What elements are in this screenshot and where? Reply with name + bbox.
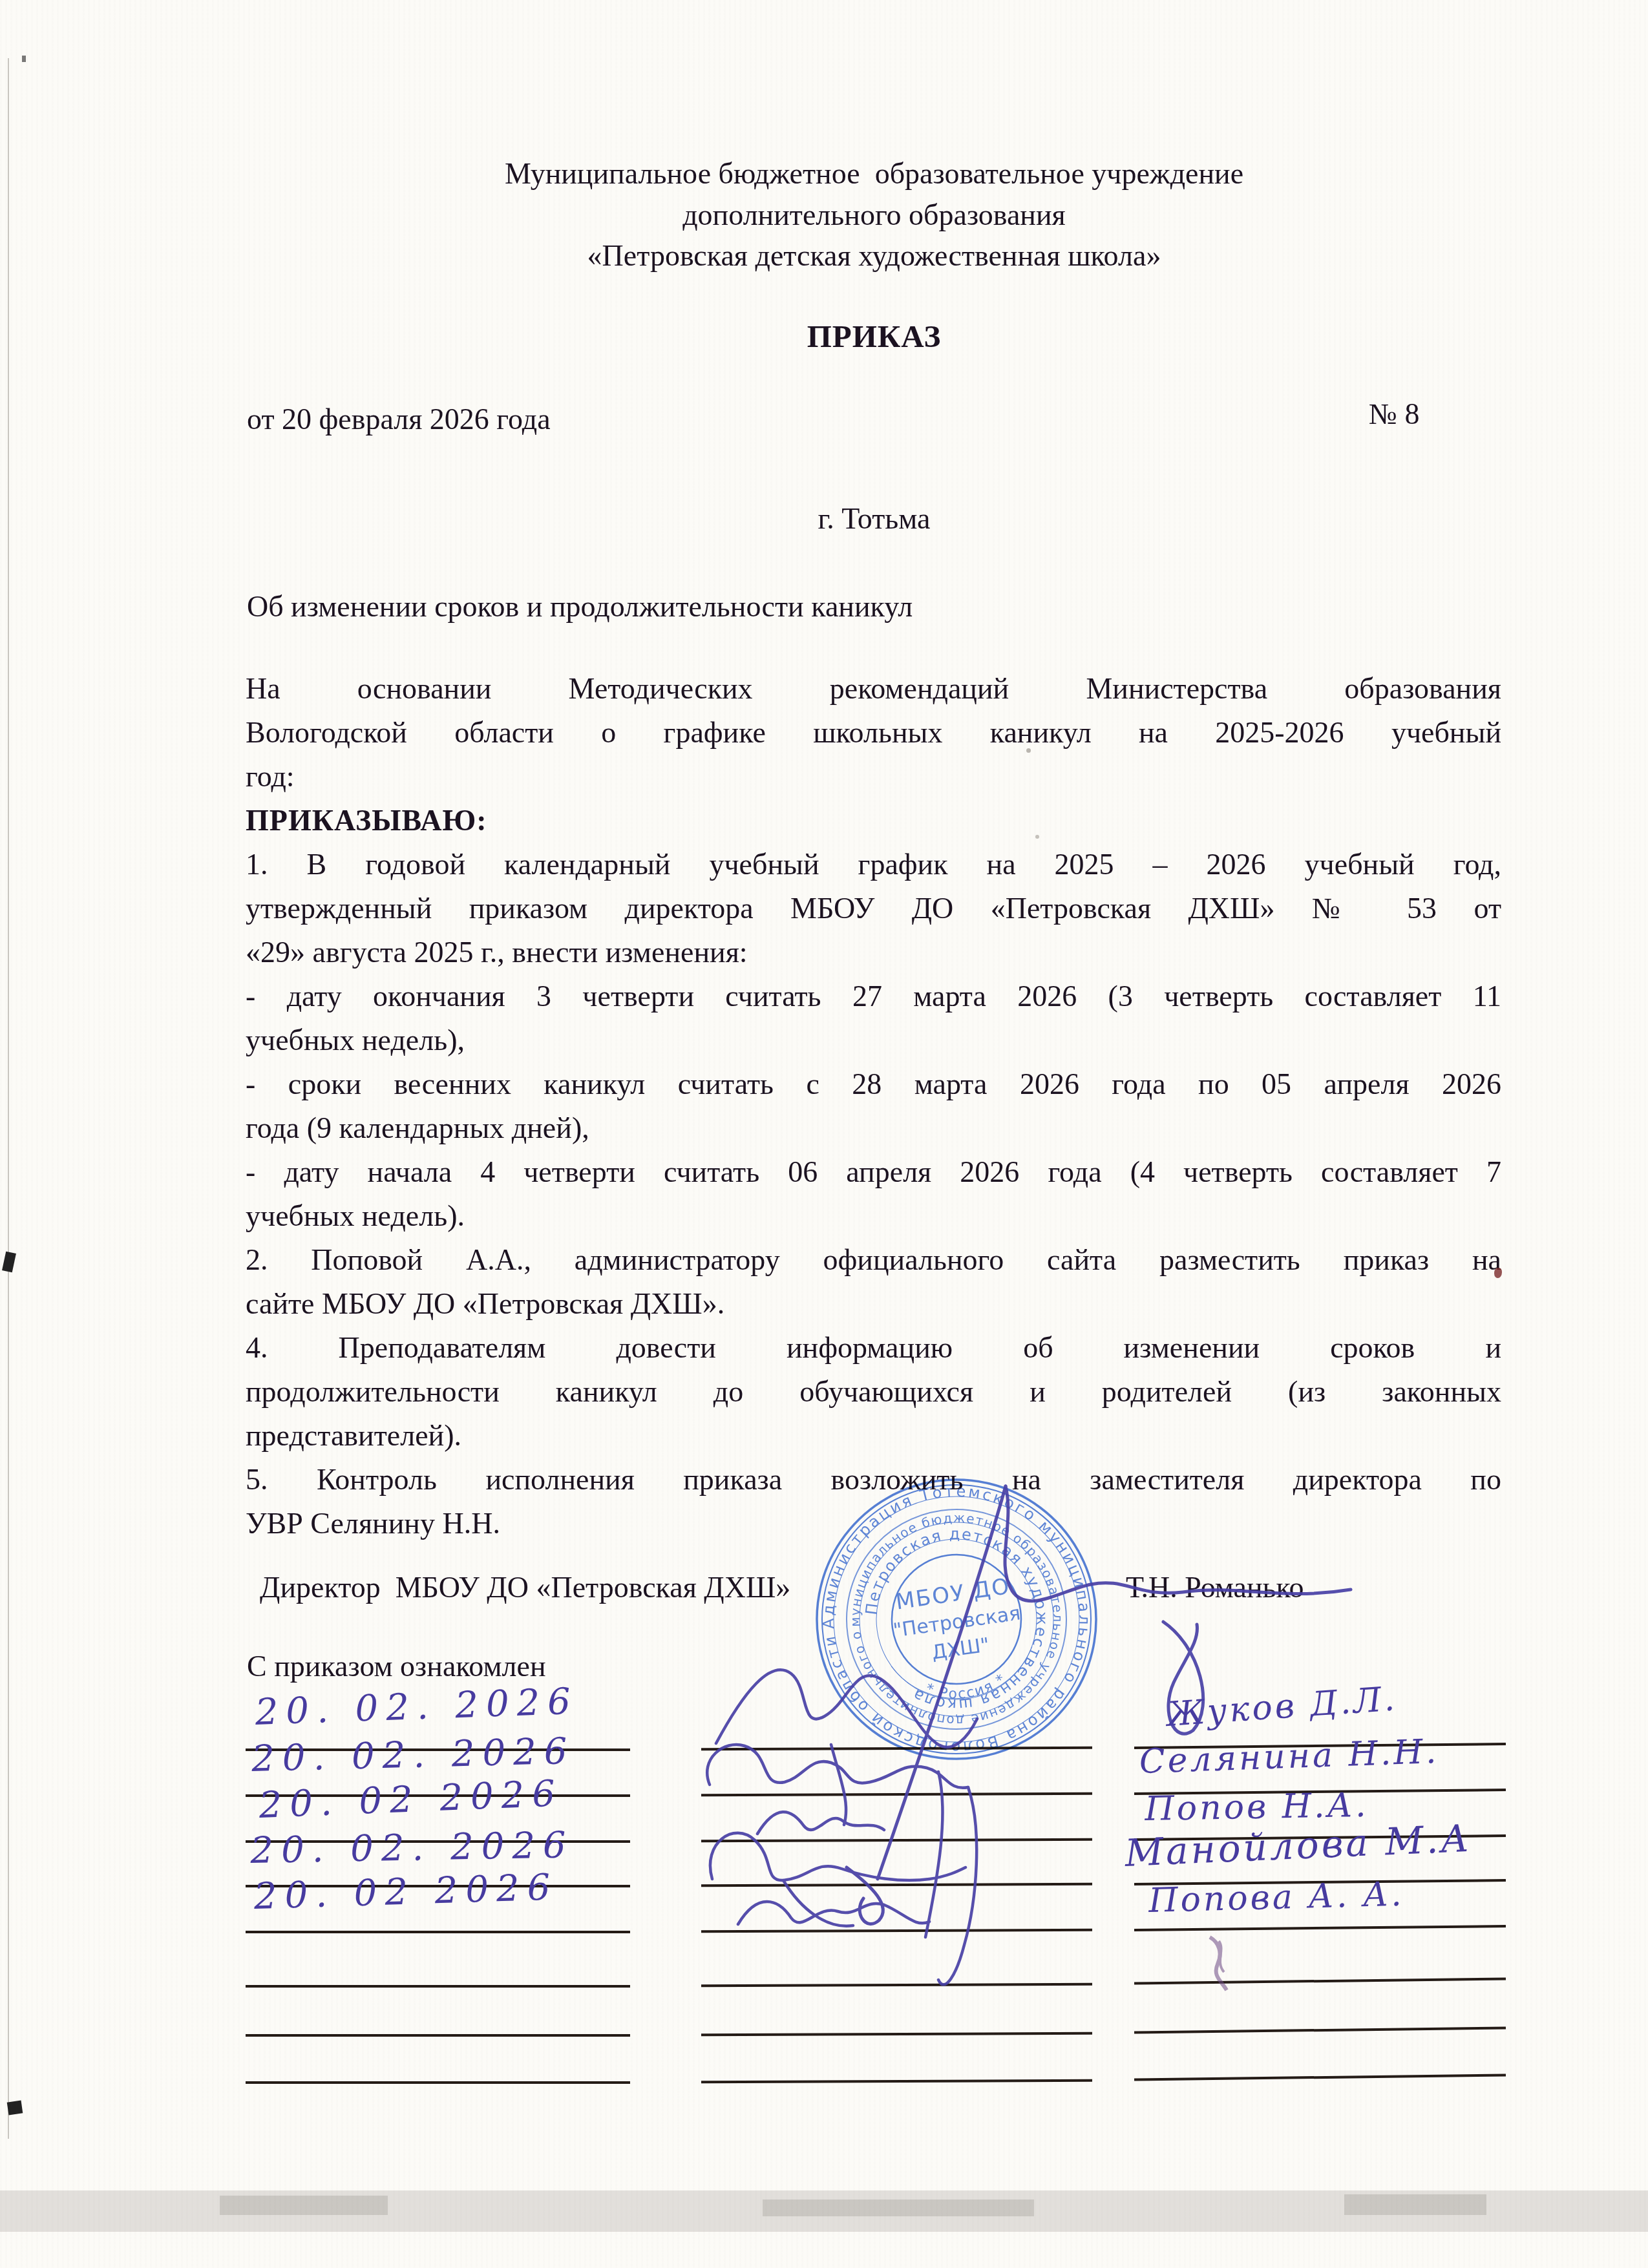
document-title: ПРИКАЗ [246, 318, 1503, 355]
ack-date-handwritten: 20. 02 2026 [253, 1866, 558, 1918]
order-body: На основании Методических рекомендаций М… [246, 667, 1501, 1546]
body-line: утвержденный приказом директора МБОУ ДО … [246, 887, 1501, 930]
scan-speck [2, 1252, 16, 1273]
scan-edge-line [8, 58, 9, 2139]
ack-line-empty [701, 1983, 1092, 1988]
scanned-order-document: Муниципальное бюджетное образовательное … [0, 0, 1648, 2268]
ack-line [701, 1792, 1092, 1797]
ack-name-handwritten: Попова А. А. [1148, 1875, 1404, 1920]
scanner-band-smudge [763, 2200, 1034, 2216]
director-name: Т.Н. Романько [1126, 1570, 1304, 1604]
body-line: сайте МБОУ ДО «Петровская ДХШ». [246, 1282, 1501, 1326]
body-line: 1. В годовой календарный учебный график … [246, 843, 1501, 887]
acknowledgment-label: С приказом ознакомлен [247, 1649, 546, 1683]
scan-dot [1035, 835, 1039, 839]
body-line: учебных недель), [246, 1018, 1501, 1062]
body-line: продолжительности каникул до обучающихся… [246, 1370, 1501, 1414]
ack-signature-3 [757, 1812, 884, 1834]
ack-signature-4 [710, 1833, 966, 1926]
ack-signature-5 [738, 1772, 943, 1937]
body-line: - сроки весенних каникул считать с 28 ма… [246, 1062, 1501, 1106]
org-name-line-1: Муниципальное бюджетное образовательное … [246, 153, 1503, 194]
ack-line-empty [1134, 2026, 1506, 2033]
ack-line [701, 1929, 1092, 1933]
subject-line: Об изменении сроков и продолжительности … [247, 589, 913, 624]
ack-line-empty [246, 2081, 630, 2084]
ack-date-handwritten: 20. 02. 2026 [251, 1730, 575, 1780]
scan-dot [1026, 748, 1031, 753]
scanner-band-smudge [220, 2196, 388, 2215]
stamp-center-line-3: ДХШ" [931, 1633, 991, 1664]
body-line: «29» августа 2025 г., внести изменения: [246, 930, 1501, 974]
ack-name-handwritten: Селянина Н.Н. [1139, 1732, 1439, 1781]
org-name-line-2: дополнительного образования [246, 194, 1503, 236]
body-line: - дату начала 4 четверти считать 06 апре… [246, 1150, 1501, 1194]
ack-line-empty [1134, 1977, 1506, 1984]
ack-name-handwritten: Жуков Д.Л. [1166, 1679, 1399, 1734]
ack-line [1134, 1925, 1506, 1931]
body-line: 4. Преподавателям довести информацию об … [246, 1326, 1501, 1370]
director-role-label: Директор МБОУ ДО «Петровская ДХШ» [260, 1570, 790, 1604]
official-round-stamp: Администрация Тотемского муниципального … [807, 1469, 1106, 1769]
org-name-line-3: «Петровская детская художественная школа… [246, 235, 1503, 277]
ack-line-empty [701, 2032, 1092, 2037]
body-line: года (9 календарных дней), [246, 1106, 1501, 1150]
body-line: Вологодской области о графике школьных к… [246, 711, 1501, 755]
body-line-rezolution: ПРИКАЗЫВАЮ: [246, 799, 1501, 843]
scan-speck [22, 56, 26, 62]
body-line: представителей). [246, 1414, 1501, 1458]
body-line: На основании Методических рекомендаций М… [246, 667, 1501, 711]
order-date: от 20 февраля 2026 года [247, 402, 551, 436]
ack-line [701, 1838, 1092, 1843]
ack-line-empty [246, 1985, 630, 1988]
ack-date-handwritten: 20. 02. 2026 [250, 1824, 574, 1872]
order-number: № 8 [1369, 397, 1419, 431]
body-line: учебных недель). [246, 1194, 1501, 1238]
place-line: г. Тотьма [246, 501, 1503, 536]
ack-line-empty [246, 2034, 630, 2037]
ack-line-empty [701, 2079, 1092, 2084]
ack-line [246, 1931, 630, 1933]
ack-line [701, 1883, 1092, 1887]
ack-signature-2 [707, 1745, 977, 1984]
scanner-band-smudge [1344, 2194, 1486, 2215]
scan-speck [7, 2101, 23, 2116]
body-line: 2. Поповой А.А., администратору официаль… [246, 1238, 1501, 1282]
body-line: - дату окончания 3 четверти считать 27 м… [246, 974, 1501, 1018]
ack-date-handwritten: 20. 02 2026 [258, 1772, 564, 1827]
ack-date-handwritten: 20. 02. 2026 [255, 1681, 579, 1734]
ack-line-empty [1134, 2074, 1506, 2081]
body-line: год: [246, 755, 1501, 799]
